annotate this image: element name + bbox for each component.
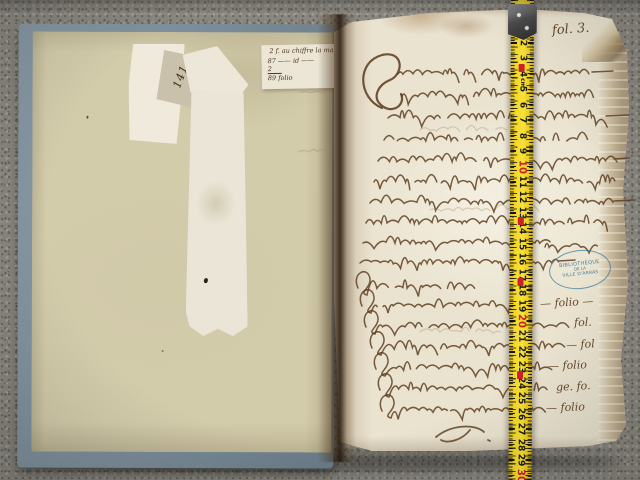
tape-decimeter-mark [518,217,524,225]
tape-number: 25 [515,392,525,405]
list-ending: — folio — [540,295,594,311]
tape-number: 2 [517,40,527,46]
tape-decimeter-mark [518,278,524,286]
note-line: 2 [268,65,282,74]
tape-number: 7 [517,117,527,123]
tape-number: 16 [516,253,526,266]
paper-repair-strip-long [186,90,249,336]
stamp-line: VILLE D'ARRAS [562,270,598,279]
tape-band: 2345678910111213141516171819202122232425… [508,0,534,480]
tape-number: 30 [514,469,525,480]
tape-number: 29 [515,454,525,467]
tape-number: 11 [517,176,527,189]
list-ending: — folio [548,358,587,372]
tape-number: 3 [517,55,527,61]
list-ending: ge. fo. [556,379,591,394]
binding-gutter [318,14,356,462]
note-line: 87 —— id —— [267,56,314,65]
tape-unit-label: cm [519,78,526,88]
tape-number: 28 [515,438,525,451]
list-ending: — folio [546,400,585,414]
note-line: 89 folio [268,74,293,82]
tape-number: 27 [515,423,525,436]
tape-number: 12 [516,191,526,204]
folio-label: fol. 3. [552,21,590,39]
list-ending: fol. [574,316,592,330]
tape-number: 8 [517,132,527,138]
tape-number: 10 [516,160,527,174]
tape-decimeter-mark [519,64,525,72]
ink-speck [86,116,88,119]
tape-number: 9 [517,148,527,154]
list-ending: — fol [566,337,595,351]
tape-number: 22 [516,346,526,359]
tape-number: 6 [517,102,527,108]
tape-number: 19 [516,299,526,312]
tape-number: 20 [515,314,526,328]
tape-number: 21 [516,330,526,343]
tape-decimeter-mark [517,371,523,379]
tape-measure: 2345678910111213141516171819202122232425… [502,0,539,480]
tape-metal-end-clip [508,4,537,40]
photograph-of-open-manuscript: 141 2 f. au chiffre la main 87 —— id —— … [0,0,640,480]
tape-number: 26 [515,407,525,420]
tape-number: 15 [516,237,526,250]
ink-speck [162,350,164,352]
left-pastedown-page: 141 [31,31,332,452]
left-cover-board: 141 2 f. au chiffre la main 87 —— id —— … [17,23,335,468]
